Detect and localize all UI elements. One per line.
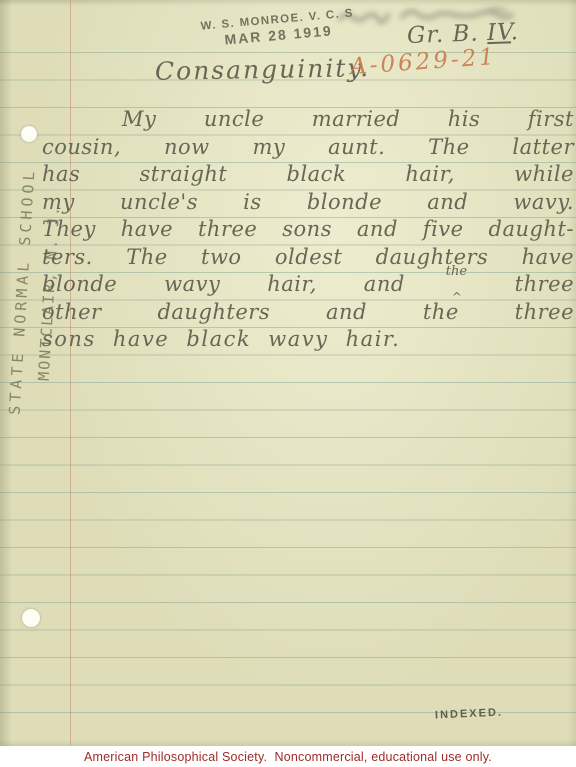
handwriting-line-8: other daughters and the three: [42, 299, 574, 327]
notebook-paper: W. S. MONROE. V. C. S MAR 28 1919 Gr. B.…: [0, 0, 576, 746]
handwritten-paragraph: My uncle married his first cousin, now m…: [42, 106, 574, 354]
handwriting-line-7: blonde wavy hair, and the^ three: [42, 271, 574, 299]
grade-period: .: [510, 19, 519, 45]
line7-text-pre: blonde wavy hair, and: [42, 272, 405, 296]
handwriting-line-5: They have three sons and five daught-: [42, 216, 574, 244]
caption-text: American Philosophical Society. Noncomme…: [84, 750, 492, 764]
handwriting-line-6: ters. The two oldest daughters have: [42, 244, 574, 272]
scanned-document: W. S. MONROE. V. C. S MAR 28 1919 Gr. B.…: [0, 0, 576, 767]
insertion-word: the: [446, 258, 467, 286]
received-date-stamp: W. S. MONROE. V. C. S MAR 28 1919: [192, 7, 364, 51]
caption-bar: American Philosophical Society. Noncomme…: [0, 746, 576, 767]
handwriting-line-4: my uncle's is blonde and wavy.: [42, 189, 574, 217]
handwriting-line-2: cousin, now my aunt. The latter: [42, 134, 574, 162]
page-title: Consanguinity.: [155, 53, 371, 86]
line7-text-post: three: [515, 272, 574, 296]
grade-numeral: IV: [487, 19, 512, 46]
handwriting-line-1: My uncle married his first: [42, 106, 574, 134]
handwriting-line-9: sons have black wavy hair.: [42, 326, 574, 354]
grade-annotation: Gr. B. IV.: [407, 19, 520, 49]
insertion-caret: ^: [452, 284, 462, 312]
handwriting-line-3: has straight black hair, while: [42, 161, 574, 189]
punch-hole-bottom: [22, 609, 40, 627]
insertion-the: the^: [452, 281, 468, 291]
punch-hole-top: [21, 126, 37, 142]
